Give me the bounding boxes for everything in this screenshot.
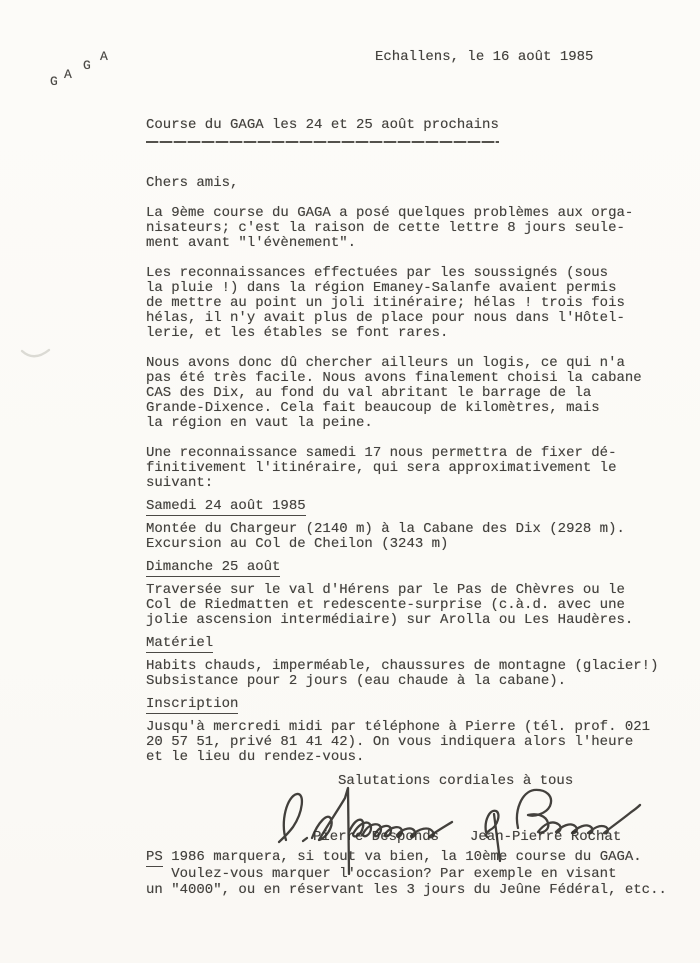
paragraph-line: jolie ascension intermédiaire) sur Aroll… xyxy=(146,613,686,628)
postscript: PS 1986 marquera, si tout va bien, la 10… xyxy=(146,849,667,899)
paragraph-line: Les reconnaissances effectuées par les s… xyxy=(146,266,686,281)
paragraph-line: Col de Riedmatten et redescente-surprise… xyxy=(146,598,686,613)
paragraph: Traversée sur le val d'Hérens par le Pas… xyxy=(146,583,686,628)
paragraph-line: de mettre au point un joli itinéraire; h… xyxy=(146,296,686,311)
ps-line: un "4000", ou en réservant les 3 jours d… xyxy=(146,882,667,899)
typed-name-pierre-desponds: Pierre Desponds xyxy=(313,830,439,845)
paragraph-line: Habits chauds, imperméable, chaussures d… xyxy=(146,659,686,674)
paragraph: Habits chauds, imperméable, chaussures d… xyxy=(146,659,686,689)
paragraph-line: Une reconnaissance samedi 17 nous permet… xyxy=(146,446,686,461)
faint-pencil-mark-icon xyxy=(20,346,52,364)
paragraph: Les reconnaissances effectuées par les s… xyxy=(146,266,686,341)
paragraph-line: suivant: xyxy=(146,476,686,491)
paragraph-line: Jusqu'à mercredi midi par téléphone à Pi… xyxy=(146,720,686,735)
paragraph-line: Nous avons donc dû chercher ailleurs un … xyxy=(146,356,686,371)
paragraph-line: Grande-Dixence. Cela fait beaucoup de ki… xyxy=(146,401,686,416)
paragraph-line: la région en vaut la peine. xyxy=(146,416,686,431)
ps-line: Voulez-vous marquer l'occasion? Par exem… xyxy=(146,866,667,883)
paragraph: Jusqu'à mercredi midi par téléphone à Pi… xyxy=(146,720,686,765)
ps-label: PS xyxy=(146,849,163,867)
logo-letter-g1: G xyxy=(50,74,58,89)
closing-salutation: Salutations cordiales à tous xyxy=(338,774,573,789)
paragraph-line: lerie, et les étables se font rares. xyxy=(146,326,686,341)
paragraph: Nous avons donc dû chercher ailleurs un … xyxy=(146,356,686,431)
paragraph-line: Montée du Chargeur (2140 m) à la Cabane … xyxy=(146,522,686,537)
paragraph: La 9ème course du GAGA a posé quelques p… xyxy=(146,206,686,251)
paragraph: Une reconnaissance samedi 17 nous permet… xyxy=(146,446,686,491)
paragraph-line: pas été très facile. Nous avons finaleme… xyxy=(146,371,686,386)
section-heading-materiel: Matériel xyxy=(146,636,686,651)
section-heading-label: Samedi 24 août 1985 xyxy=(146,498,306,516)
paragraph-line: hélas, il n'y avait plus de place pour n… xyxy=(146,311,686,326)
salutation: Chers amis, xyxy=(146,176,686,191)
letter-body: Chers amis, La 9ème course du GAGA a pos… xyxy=(146,176,686,765)
section-heading-label: Matériel xyxy=(146,635,213,653)
paragraph-line: CAS des Dix, au fond du val abritant le … xyxy=(146,386,686,401)
typed-name-jean-pierre-rochat: Jean-Pierre Rochat xyxy=(470,830,621,845)
paragraph-line: La 9ème course du GAGA a posé quelques p… xyxy=(146,206,686,221)
subject-title: Course du GAGA les 24 et 25 août prochai… xyxy=(146,118,499,133)
section-heading-label: Inscription xyxy=(146,696,238,714)
logo-letter-a2: A xyxy=(100,49,108,64)
paragraph-line: Traversée sur le val d'Hérens par le Pas… xyxy=(146,583,686,598)
paragraph-line: Subsistance pour 2 jours (eau chaude à l… xyxy=(146,674,686,689)
paragraph-line: 20 57 51, privé 81 41 42). On vous indiq… xyxy=(146,735,686,750)
section-heading-inscription: Inscription xyxy=(146,697,686,712)
section-heading-sunday: Dimanche 25 août xyxy=(146,560,686,575)
paragraph-line: la pluie !) dans la région Emaney-Salanf… xyxy=(146,281,686,296)
logo-letter-a1: A xyxy=(64,67,72,82)
section-heading-label: Dimanche 25 août xyxy=(146,559,280,577)
paragraph-line: et le lieu du rendez-vous. xyxy=(146,750,686,765)
paragraph-line: Excursion au Col de Cheilon (3243 m) xyxy=(146,537,686,552)
subject-underline xyxy=(146,141,499,143)
paragraph: Montée du Chargeur (2140 m) à la Cabane … xyxy=(146,522,686,552)
paragraph-line: ment avant "l'évènement". xyxy=(146,236,686,251)
paragraph-line: finitivement l'itinéraire, qui sera appr… xyxy=(146,461,686,476)
section-heading-saturday: Samedi 24 août 1985 xyxy=(146,499,686,514)
letter-page: G A G A Echallens, le 16 août 1985 Cours… xyxy=(0,0,700,963)
paragraph-line: nisateurs; c'est la raison de cette lett… xyxy=(146,221,686,236)
dateline: Echallens, le 16 août 1985 xyxy=(375,50,593,65)
ps-line: 1986 marquera, si tout va bien, la 10ème… xyxy=(171,849,641,865)
logo-letter-g2: G xyxy=(83,58,91,73)
